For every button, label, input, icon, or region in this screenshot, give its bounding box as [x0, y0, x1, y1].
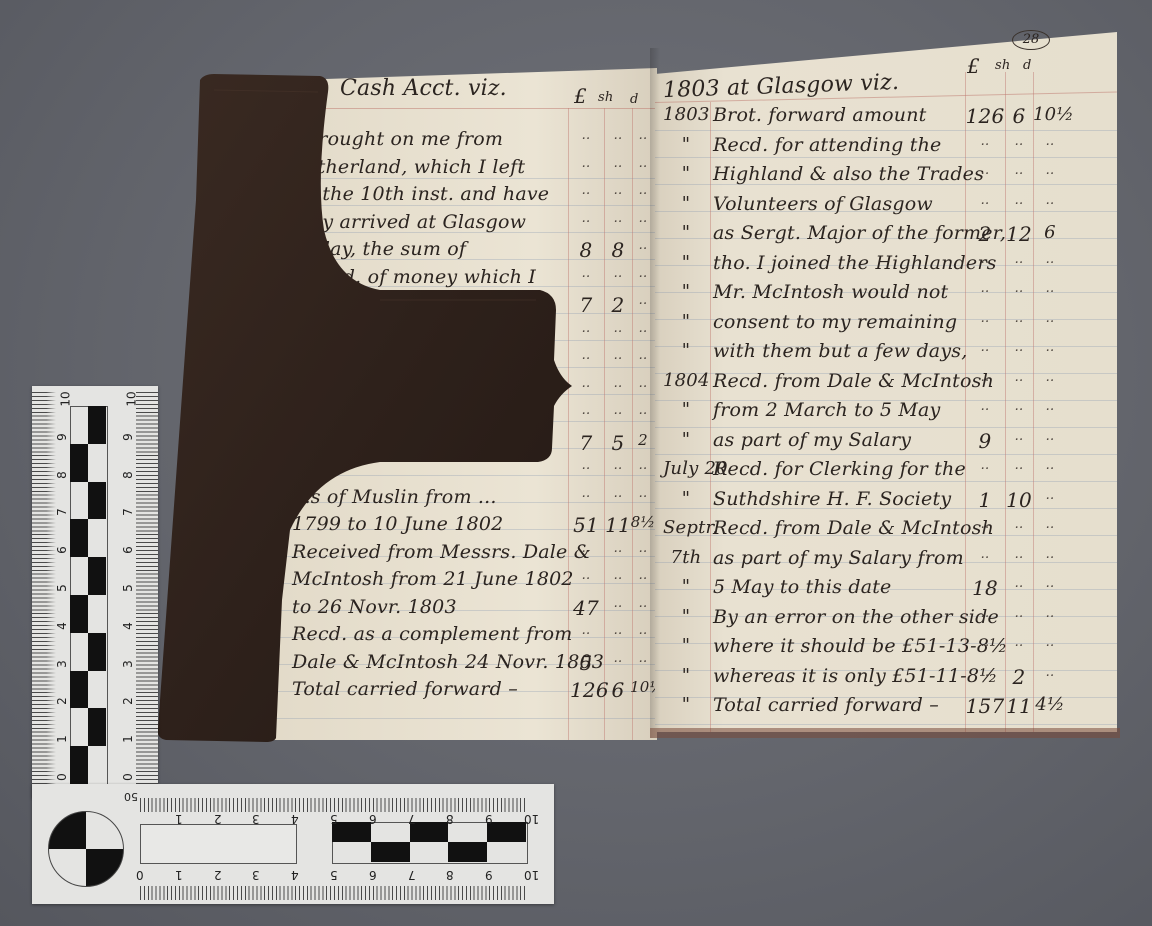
- pounds-value: ..: [570, 541, 602, 556]
- scale-label-top: 3: [252, 812, 260, 826]
- pence-value: ..: [1033, 547, 1067, 562]
- pounds-value: 126: [965, 104, 1005, 128]
- scale-label-right: 9: [121, 433, 135, 441]
- pounds-value: ..: [965, 252, 1005, 267]
- pounds-value: 51: [570, 513, 602, 537]
- pounds-value: 126: [570, 678, 602, 702]
- pence-value: ..: [1033, 134, 1067, 149]
- scale-label-left: 0: [55, 773, 69, 781]
- pounds-value: 7: [570, 293, 602, 317]
- pounds-value: ..: [965, 665, 1005, 680]
- entry-text: with them but a few days,: [713, 340, 967, 362]
- pounds-value: 157: [965, 694, 1005, 718]
- entry-text: Mr. McIntosh would not: [713, 281, 948, 303]
- pounds-value: ..: [570, 623, 602, 638]
- entry-text: Sutherland, which I left: [292, 156, 525, 178]
- entry-date: ": [663, 665, 709, 686]
- checker-square: [332, 822, 371, 842]
- checker-square: [70, 519, 88, 557]
- scale-label-bottom: 1: [175, 868, 183, 882]
- shillings-value: ..: [1005, 635, 1033, 650]
- entry-date: ": [663, 488, 709, 509]
- entry-text: where it should be £51-13-8½: [713, 635, 1008, 657]
- entry-date: ": [663, 576, 709, 597]
- shillings-value: ..: [1005, 252, 1033, 267]
- shillings-value: ..: [1005, 311, 1033, 326]
- shillings-value: ..: [1005, 163, 1033, 178]
- pence-value: ..: [1033, 311, 1067, 326]
- scale-label-right: 4: [121, 622, 135, 630]
- pounds-value: ..: [570, 376, 602, 391]
- pounds-value: 2: [965, 222, 1005, 246]
- shillings-value: 12: [1005, 222, 1033, 246]
- scale-label-bottom: 9: [485, 868, 493, 882]
- pounds-value: ..: [570, 321, 602, 336]
- entry-date: 1803: [663, 104, 709, 125]
- horizontal-forensic-scale: 01122334455667788991010 50: [32, 784, 554, 904]
- entry-text: By an error on the other side: [713, 606, 999, 628]
- pence-value: ..: [1033, 193, 1067, 208]
- shillings-value: ..: [604, 568, 632, 583]
- checker-square: [88, 406, 106, 444]
- entry-date: ": [663, 606, 709, 627]
- scale-label-left: 9: [55, 433, 69, 441]
- scale-label-bottom: 0: [136, 868, 144, 882]
- pounds-value: 47: [570, 596, 602, 620]
- shillings-value: ..: [1005, 458, 1033, 473]
- mm-ticks-right: [136, 392, 158, 787]
- shillings-value: ..: [1005, 193, 1033, 208]
- pounds-value: ..: [965, 517, 1005, 532]
- pounds-heading: £: [967, 54, 980, 78]
- entry-date: ": [663, 163, 709, 184]
- entry-text: Dale & McIntosh 24 Novr. 1803: [292, 651, 604, 673]
- entry-text: 3: [292, 431, 304, 453]
- book-gutter: [650, 48, 660, 738]
- pence-value: 10½: [1033, 104, 1067, 125]
- scale-label-right: 3: [121, 660, 135, 668]
- shillings-value: ..: [604, 348, 632, 363]
- shillings-value: ..: [604, 128, 632, 143]
- pounds-value: ..: [570, 486, 602, 501]
- shillings-value: ..: [1005, 134, 1033, 149]
- scale-label-right: 7: [121, 509, 135, 517]
- entry-text: Total carried forward –: [292, 678, 518, 700]
- entry-text: as part of my Salary: [713, 429, 911, 451]
- left-page-heading: Cash Acct. viz.: [340, 76, 507, 101]
- pounds-value: ..: [570, 458, 602, 473]
- shillings-value: ..: [1005, 606, 1033, 621]
- pounds-value: ..: [965, 163, 1005, 178]
- entry-date: Septr.: [663, 517, 709, 538]
- entry-text: Highland & also the Trades: [713, 163, 984, 185]
- pence-value: ..: [1033, 517, 1067, 532]
- entry-text: consent to my remaining: [713, 311, 957, 333]
- checker-square: [448, 842, 487, 862]
- pounds-value: 5: [570, 651, 602, 675]
- scale-label-top: 8: [446, 812, 454, 826]
- pence-value: 6: [1033, 222, 1067, 243]
- scale-label-right: 5: [121, 584, 135, 592]
- mm-ticks-bottom: [140, 886, 528, 900]
- pence-value: ..: [1033, 576, 1067, 591]
- pounds-value: 18: [965, 576, 1005, 600]
- entry-text: 5 May to this date: [713, 576, 892, 598]
- pounds-value: 8: [570, 238, 602, 262]
- pounds-heading: £: [574, 84, 587, 108]
- entry-text: I Recd. of money which I: [292, 266, 536, 288]
- pounds-value: 7: [570, 431, 602, 455]
- scale-label-top: 10: [524, 812, 539, 826]
- scale-label-left: 8: [55, 471, 69, 479]
- entry-date: ": [663, 193, 709, 214]
- shillings-heading: sh: [598, 90, 613, 105]
- entry-date: 1804: [663, 370, 709, 391]
- shillings-value: 10: [1005, 488, 1033, 512]
- entry-text: as part of my Salary from: [713, 547, 964, 569]
- entry-date: ": [663, 281, 709, 302]
- entry-text: only arrived at Glasgow: [292, 211, 526, 233]
- header-rule: [252, 108, 657, 109]
- entry-text: Volunteers of Glasgow: [713, 193, 933, 215]
- checker-square: [88, 557, 106, 595]
- pence-column-rule: [632, 108, 633, 740]
- scale-label-right: 1: [121, 735, 135, 743]
- pounds-value: ..: [570, 156, 602, 171]
- entry-date: ": [663, 252, 709, 273]
- shillings-value: 6: [1005, 104, 1033, 128]
- pounds-value: ..: [965, 340, 1005, 355]
- entry-text: McIntosh from 21 June 1802: [292, 568, 574, 590]
- shillings-value: ..: [604, 596, 632, 611]
- pounds-value: ..: [965, 134, 1005, 149]
- shillings-value: ..: [1005, 281, 1033, 296]
- entry-text: on the 10th inst. and have: [292, 183, 549, 205]
- shillings-value: 5: [604, 431, 632, 455]
- shillings-heading: sh: [995, 58, 1010, 73]
- scale-label-left: 4: [55, 622, 69, 630]
- shillings-column-rule: [604, 108, 605, 740]
- entry-date: ": [663, 635, 709, 656]
- scale-label-bottom: 6: [369, 868, 377, 882]
- pence-value: ..: [1033, 163, 1067, 178]
- scale-label-top: 4: [291, 812, 299, 826]
- shillings-value: ..: [1005, 517, 1033, 532]
- entry-date: ": [663, 694, 709, 715]
- pounds-value: 1: [965, 488, 1005, 512]
- date-column-rule: [710, 102, 711, 732]
- entry-text: to 26 Novr. 1803: [292, 596, 457, 618]
- pence-value: ..: [1033, 340, 1067, 355]
- pounds-value: ..: [965, 547, 1005, 562]
- shillings-value: ..: [604, 183, 632, 198]
- shillings-value: 2: [1005, 665, 1033, 689]
- pounds-value: ..: [965, 399, 1005, 414]
- pounds-column-rule: [568, 108, 569, 740]
- shillings-value: ..: [604, 156, 632, 171]
- pounds-value: ..: [570, 128, 602, 143]
- shillings-value: ..: [604, 623, 632, 638]
- scale-label-top: 2: [214, 812, 222, 826]
- checker-square: [88, 708, 106, 746]
- scale-label-left: 5: [55, 584, 69, 592]
- scale-label-left: 2: [55, 698, 69, 706]
- pence-value: ..: [1033, 281, 1067, 296]
- shillings-value: ..: [604, 266, 632, 281]
- entry-text: Recd. for attending the: [713, 134, 942, 156]
- pence-value: ..: [1033, 429, 1067, 444]
- shillings-value: ..: [1005, 399, 1033, 414]
- scale-label-right: 8: [121, 471, 135, 479]
- pence-value: ..: [1033, 458, 1067, 473]
- entry-text: I brought on me from: [292, 128, 503, 150]
- shillings-value: ..: [1005, 547, 1033, 562]
- checker-square: [70, 746, 88, 784]
- pence-value: ..: [1033, 665, 1067, 680]
- entry-date: ": [663, 340, 709, 361]
- shillings-value: ..: [604, 211, 632, 226]
- pounds-value: ..: [570, 348, 602, 363]
- shillings-value: 2: [604, 293, 632, 317]
- scale-label-bottom: 7: [408, 868, 416, 882]
- pence-value: ..: [1033, 370, 1067, 385]
- entry-date: ": [663, 399, 709, 420]
- scale-label-bottom: 2: [214, 868, 222, 882]
- shillings-value: ..: [604, 541, 632, 556]
- scale-label-left: 10: [59, 391, 73, 406]
- shillings-value: 11: [1005, 694, 1033, 718]
- scale-label-top: 9: [485, 812, 493, 826]
- checker-square: [70, 671, 88, 709]
- scale-label-top: 1: [175, 812, 183, 826]
- page-number-badge: 28: [1012, 30, 1050, 50]
- shillings-value: 8: [604, 238, 632, 262]
- scale-label-bottom: 5: [330, 868, 338, 882]
- shillings-value: ..: [604, 651, 632, 666]
- shillings-value: 6: [604, 678, 632, 702]
- pence-heading: d: [1023, 58, 1032, 73]
- pounds-value: ..: [965, 193, 1005, 208]
- crosshair-target-icon: [48, 811, 124, 887]
- checker-square: [88, 633, 106, 671]
- shillings-value: ..: [1005, 576, 1033, 591]
- scale-label-left: 7: [55, 509, 69, 517]
- scale-label-right: 6: [121, 546, 135, 554]
- pounds-value: ..: [570, 403, 602, 418]
- scale-label-top: 5: [330, 812, 338, 826]
- book-cover-edge: [650, 728, 1120, 738]
- entry-text: Suthdshire H. F. Society: [713, 488, 951, 510]
- pence-heading: d: [630, 92, 639, 107]
- entry-date: ": [663, 222, 709, 243]
- entry-text: left at home at all times: [292, 293, 526, 315]
- scale-label-bottom: 8: [446, 868, 454, 882]
- shillings-value: ..: [604, 376, 632, 391]
- entry-text: Recd. from Dale & McIntosh: [713, 370, 994, 392]
- entry-date: 7th: [663, 547, 709, 568]
- scale-label-right: 10: [125, 391, 139, 406]
- pence-value: ..: [1033, 252, 1067, 267]
- pounds-value: ..: [570, 211, 602, 226]
- pence-value: 4½: [1033, 694, 1067, 715]
- entry-text: as Sergt. Major of the former,: [713, 222, 1006, 244]
- scale-label-left: 6: [55, 546, 69, 554]
- entry-text: Total carried forward –: [713, 694, 939, 716]
- entry-text: Recd. from Dale & McIntosh: [713, 517, 994, 539]
- entry-text: Received from Messrs. Dale &: [292, 541, 591, 563]
- shillings-value: 11: [604, 513, 632, 537]
- pounds-value: ..: [570, 183, 602, 198]
- checker-square: [487, 822, 526, 842]
- mm-ticks-top: [140, 798, 528, 812]
- pounds-value: ..: [965, 370, 1005, 385]
- entry-text: whereas it is only £51-11-8½: [713, 665, 998, 687]
- pounds-value: ..: [570, 568, 602, 583]
- shillings-value: ..: [1005, 370, 1033, 385]
- scale-label-left: 3: [55, 660, 69, 668]
- shillings-value: ..: [1005, 340, 1033, 355]
- entry-text: Recd. for Clerking for the: [713, 458, 966, 480]
- entry-text: from 2 March to 5 May: [713, 399, 940, 421]
- entry-date: July 20: [663, 458, 709, 479]
- pence-value: ..: [1033, 488, 1067, 503]
- entry-text: Recd. as a complement from: [292, 623, 572, 645]
- scale-label-bottom: 3: [252, 868, 260, 882]
- pounds-value: ..: [965, 311, 1005, 326]
- checker-square: [70, 595, 88, 633]
- entry-text: tho. I joined the Highlanders: [713, 252, 997, 274]
- checker-square: [88, 482, 106, 520]
- pounds-value: 9: [965, 429, 1005, 453]
- mm-ticks-left: [32, 392, 56, 787]
- pounds-value: ..: [965, 606, 1005, 621]
- scale-label-top: 7: [408, 812, 416, 826]
- pence-value: ..: [1033, 635, 1067, 650]
- scale-label-right: 0: [121, 773, 135, 781]
- pence-value: ..: [1033, 399, 1067, 414]
- entry-text: Brot. forward amount: [713, 104, 927, 126]
- entry-date: ": [663, 429, 709, 450]
- right-page: 1803 at Glasgow viz. £ sh d 1803Brot. fo…: [655, 32, 1117, 732]
- entry-date: ": [663, 311, 709, 332]
- pounds-value: ..: [570, 266, 602, 281]
- left-page: Cash Acct. viz. £ sh d I brought on me f…: [252, 68, 657, 740]
- pounds-value: ..: [965, 635, 1005, 650]
- shillings-value: ..: [604, 458, 632, 473]
- entry-text: 1799 to 10 June 1802: [292, 513, 503, 535]
- scale-label-top: 6: [369, 812, 377, 826]
- checker-square: [70, 444, 88, 482]
- pounds-value: ..: [965, 281, 1005, 296]
- blank-label-box: [140, 824, 297, 864]
- shillings-value: ..: [604, 321, 632, 336]
- corner-mark: 50: [124, 790, 138, 803]
- scale-label-right: 2: [121, 698, 135, 706]
- pounds-value: ..: [965, 458, 1005, 473]
- scale-label-bottom: 10: [524, 868, 539, 882]
- shillings-value: ..: [1005, 429, 1033, 444]
- pence-value: ..: [1033, 606, 1067, 621]
- scale-label-bottom: 4: [291, 868, 299, 882]
- entry-text: ...s of Muslin from ...: [292, 486, 497, 508]
- scale-label-left: 1: [55, 735, 69, 743]
- entry-date: ": [663, 134, 709, 155]
- shillings-value: ..: [604, 403, 632, 418]
- shillings-value: ..: [604, 486, 632, 501]
- checker-square: [371, 842, 410, 862]
- vertical-forensic-scale: 001122334455667788991010: [32, 386, 158, 798]
- entry-text: to day, the sum of: [292, 238, 466, 260]
